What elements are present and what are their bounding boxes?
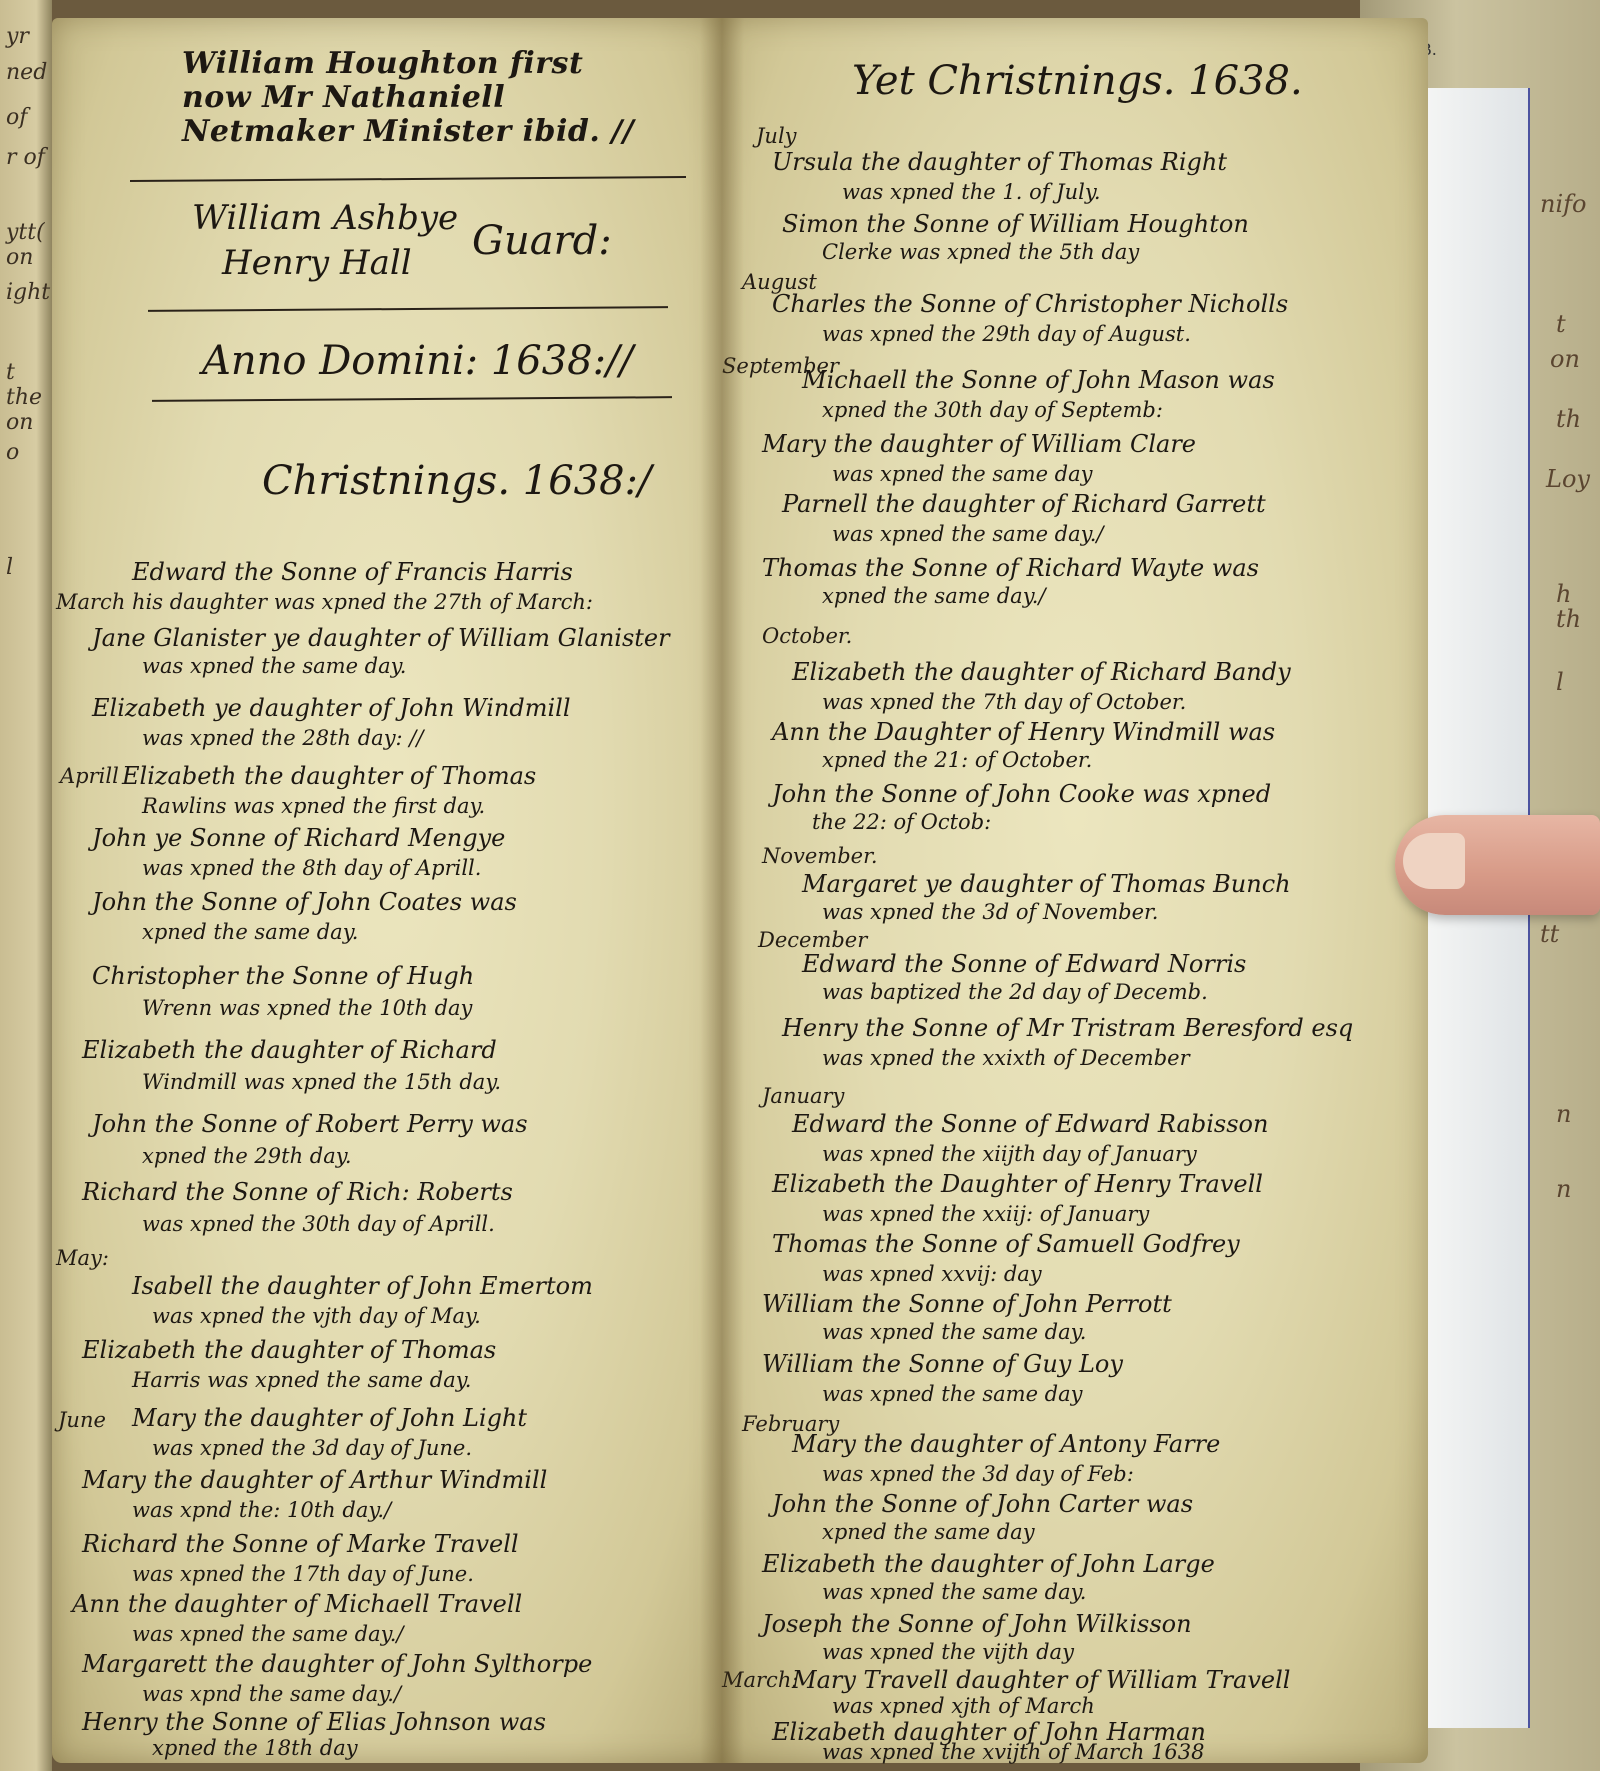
fingernail	[1403, 833, 1465, 889]
entry-line: Richard the Sonne of Rich: Roberts	[82, 1178, 513, 1206]
entry-line: was xpned the same day	[822, 1382, 1083, 1406]
entry-line: Edward the Sonne of Edward Norris	[802, 950, 1246, 978]
entry-line: the 22: of Octob:	[812, 810, 991, 834]
edge-fragment: t	[1556, 310, 1566, 338]
photograph: yr ned of r of ytt( on ight t the on o l…	[0, 0, 1600, 1771]
month-label: July	[756, 124, 797, 148]
edge-fragment: ytt(	[6, 220, 45, 245]
edge-fragment: ight	[6, 280, 50, 305]
entry-line: was xpned the same day	[832, 462, 1093, 486]
entry-line: Wrenn was xpned the 10th day	[142, 996, 472, 1020]
month-label: October.	[762, 624, 852, 648]
section-title: Yet Christnings. 1638.	[852, 58, 1303, 104]
month-label: March	[56, 590, 125, 614]
entry-line: William the Sonne of Guy Loy	[762, 1350, 1123, 1378]
entry-line: Margaret ye daughter of Thomas Bunch	[802, 870, 1291, 898]
month-label: Aprill	[60, 764, 119, 788]
edge-fragment: ned	[6, 60, 47, 85]
entry-line: his daughter was xpned the 27th of March…	[132, 590, 593, 614]
entry-line: was xpned the xxixth of December	[822, 1046, 1190, 1070]
entry-line: xpned the 29th day.	[142, 1144, 352, 1168]
entry-line: xpned the same day	[822, 1520, 1035, 1544]
entry-line: Mary the daughter of Arthur Windmill	[82, 1466, 547, 1494]
entry-line: John the Sonne of John Coates was	[92, 888, 517, 916]
edge-fragment: on	[6, 245, 33, 270]
entry-line: was xpned the 3d day of Feb:	[822, 1462, 1134, 1486]
edge-fragment: r of	[6, 145, 45, 170]
month-label: May:	[56, 1246, 109, 1270]
entry-line: was xpned the 29th day of August.	[822, 322, 1191, 346]
entry-line: was xpned the vijth day	[822, 1640, 1074, 1664]
entry-line: Charles the Sonne of Christopher Nicholl…	[772, 290, 1288, 318]
entry-line: was xpned the vjth day of May.	[152, 1304, 481, 1328]
entry-line: Henry the Sonne of Mr Tristram Beresford…	[782, 1014, 1353, 1042]
entry-line: was xpned xjth of March	[832, 1694, 1095, 1718]
edge-fragment: yr	[6, 24, 29, 49]
entry-line: Elizabeth the daughter of Thomas	[82, 1336, 496, 1364]
churchwarden-role: Guard:	[472, 218, 612, 264]
entry-line: was xpned the 28th day: //	[142, 726, 423, 750]
edge-fragment: tt	[1540, 920, 1559, 948]
edge-fragment: the	[6, 385, 42, 410]
edge-fragment: on	[1550, 345, 1580, 373]
edge-fragment: on	[6, 410, 33, 435]
entry-line: Ann the Daughter of Henry Windmill was	[772, 718, 1275, 746]
header-line-3: Netmaker Minister ibid. //	[182, 114, 634, 149]
entry-line: was xpnd the same day./	[142, 1682, 401, 1706]
entry-line: was baptized the 2d day of Decemb.	[822, 980, 1208, 1004]
entry-line: Isabell the daughter of John Emertom	[132, 1272, 593, 1300]
entry-line: Parnell the daughter of Richard Garrett	[782, 490, 1266, 518]
entry-line: xpned the 21: of October.	[822, 748, 1092, 772]
divider-rule	[148, 306, 668, 312]
entry-line: was xpned the 17th day of June.	[132, 1562, 474, 1586]
month-label: December	[758, 928, 867, 952]
entry-line: Elizabeth ye daughter of John Windmill	[92, 694, 571, 722]
entry-line: Ann the daughter of Michaell Travell	[72, 1590, 522, 1618]
entry-line: was xpned xxvij: day	[822, 1262, 1042, 1286]
edge-fragment: nifo	[1540, 190, 1586, 218]
header-line-2: now Mr Nathaniell	[182, 80, 505, 115]
entry-line: was xpned the 1. of July.	[842, 180, 1101, 204]
month-label: January	[762, 1084, 844, 1108]
edge-fragment: of	[6, 105, 27, 130]
section-title: Christnings. 1638:/	[262, 458, 652, 504]
entry-line: was xpned the same day.	[142, 654, 406, 678]
previous-page-edge: yr ned of r of ytt( on ight t the on o l	[0, 0, 52, 1771]
entry-line: was xpned the same day.	[822, 1580, 1086, 1604]
month-label: June	[58, 1408, 106, 1432]
entry-line: Margarett the daughter of John Sylthorpe	[82, 1650, 592, 1678]
edge-fragment: n	[1556, 1100, 1571, 1128]
entry-line: xpned the 18th day	[152, 1736, 358, 1760]
entry-line: Richard the Sonne of Marke Travell	[82, 1530, 519, 1558]
entry-line: Elizabeth the daughter of Richard Bandy	[792, 658, 1291, 686]
entry-line: Michaell the Sonne of John Mason was	[802, 366, 1275, 394]
left-page: William Houghton first now Mr Nathaniell…	[52, 18, 722, 1763]
entry-line: Rawlins was xpned the first day.	[142, 794, 485, 818]
edge-fragment: Loy	[1546, 465, 1590, 493]
finger	[1395, 815, 1600, 915]
edge-fragment: th	[1556, 405, 1581, 433]
entry-line: Mary Travell daughter of William Travell	[792, 1666, 1290, 1694]
entry-line: xpned the same day./	[822, 584, 1046, 608]
divider-rule	[130, 176, 686, 182]
entry-line: Christopher the Sonne of Hugh	[92, 962, 474, 990]
entry-line: was xpned the same day./	[832, 522, 1103, 546]
entry-line: Windmill was xpned the 15th day.	[142, 1070, 501, 1094]
entry-line: was xpned the 8th day of Aprill.	[142, 856, 481, 880]
churchwarden-1: William Ashbye	[192, 198, 458, 238]
entry-line: Mary the daughter of William Clare	[762, 430, 1196, 458]
entry-line: Ursula the daughter of Thomas Right	[772, 148, 1227, 176]
entry-line: was xpned the 3d of November.	[822, 900, 1158, 924]
entry-line: John ye Sonne of Richard Mengye	[92, 824, 505, 852]
entry-line: John the Sonne of John Carter was	[772, 1490, 1193, 1518]
entry-line: Elizabeth the Daughter of Henry Travell	[772, 1170, 1263, 1198]
entry-line: Harris was xpned the same day.	[132, 1368, 471, 1392]
entry-line: Clerke was xpned the 5th day	[822, 240, 1139, 264]
entry-line: was xpned the 30th day of Aprill.	[142, 1212, 495, 1236]
edge-fragment: o	[6, 440, 19, 465]
entry-line: was xpnd the: 10th day./	[132, 1498, 391, 1522]
entry-line: Edward the Sonne of Francis Harris	[132, 558, 573, 586]
divider-rule	[152, 396, 672, 402]
entry-line: Mary the daughter of John Light	[132, 1404, 527, 1432]
entry-line: xpned the same day.	[142, 920, 358, 944]
entry-line: Jane Glanister ye daughter of William Gl…	[92, 624, 670, 652]
edge-fragment: h	[1556, 580, 1571, 608]
entry-line: Henry the Sonne of Elias Johnson was	[82, 1708, 546, 1736]
entry-line: Edward the Sonne of Edward Rabisson	[792, 1110, 1268, 1138]
edge-fragment: n	[1556, 1175, 1571, 1203]
header-line-1: William Houghton first	[182, 46, 583, 81]
edge-fragment: t	[6, 360, 15, 385]
entry-line: Thomas the Sonne of Richard Wayte was	[762, 554, 1259, 582]
entry-line: Joseph the Sonne of John Wilkisson	[762, 1610, 1192, 1638]
entry-line: xpned the 30th day of Septemb:	[822, 398, 1163, 422]
entry-line: John the Sonne of Robert Perry was	[92, 1110, 528, 1138]
entry-line: was xpned the same day./	[132, 1622, 403, 1646]
month-label: November.	[762, 844, 878, 868]
edge-fragment: l	[6, 555, 13, 580]
edge-fragment: l	[1556, 668, 1564, 696]
entry-line: was xpned the xvijth of March 1638	[822, 1740, 1205, 1764]
entry-line: was xpned the 7th day of October.	[822, 690, 1186, 714]
entry-line: Elizabeth the daughter of John Large	[762, 1550, 1215, 1578]
entry-line: Simon the Sonne of William Houghton	[782, 210, 1249, 238]
entry-line: was xpned the 3d day of June.	[152, 1436, 472, 1460]
anno-domini: Anno Domini: 1638://	[202, 338, 633, 384]
entry-line: Elizabeth the daughter of Richard	[82, 1036, 497, 1064]
entry-line: was xpned the xxiij: of January	[822, 1202, 1149, 1226]
entry-line: was xpned the xiijth day of January	[822, 1142, 1197, 1166]
edge-fragment: th	[1556, 605, 1581, 633]
right-page: Yet Christnings. 1638. July Ursula the d…	[722, 18, 1428, 1763]
entry-line: Mary the daughter of Antony Farre	[792, 1430, 1220, 1458]
entry-line: was xpned the same day.	[822, 1320, 1086, 1344]
churchwarden-2: Henry Hall	[222, 243, 412, 283]
entry-line: John the Sonne of John Cooke was xpned	[772, 780, 1271, 808]
entry-line: Elizabeth the daughter of Thomas	[122, 762, 536, 790]
book-gutter	[700, 18, 744, 1763]
entry-line: William the Sonne of John Perrott	[762, 1290, 1172, 1318]
entry-line: Thomas the Sonne of Samuell Godfrey	[772, 1230, 1240, 1258]
